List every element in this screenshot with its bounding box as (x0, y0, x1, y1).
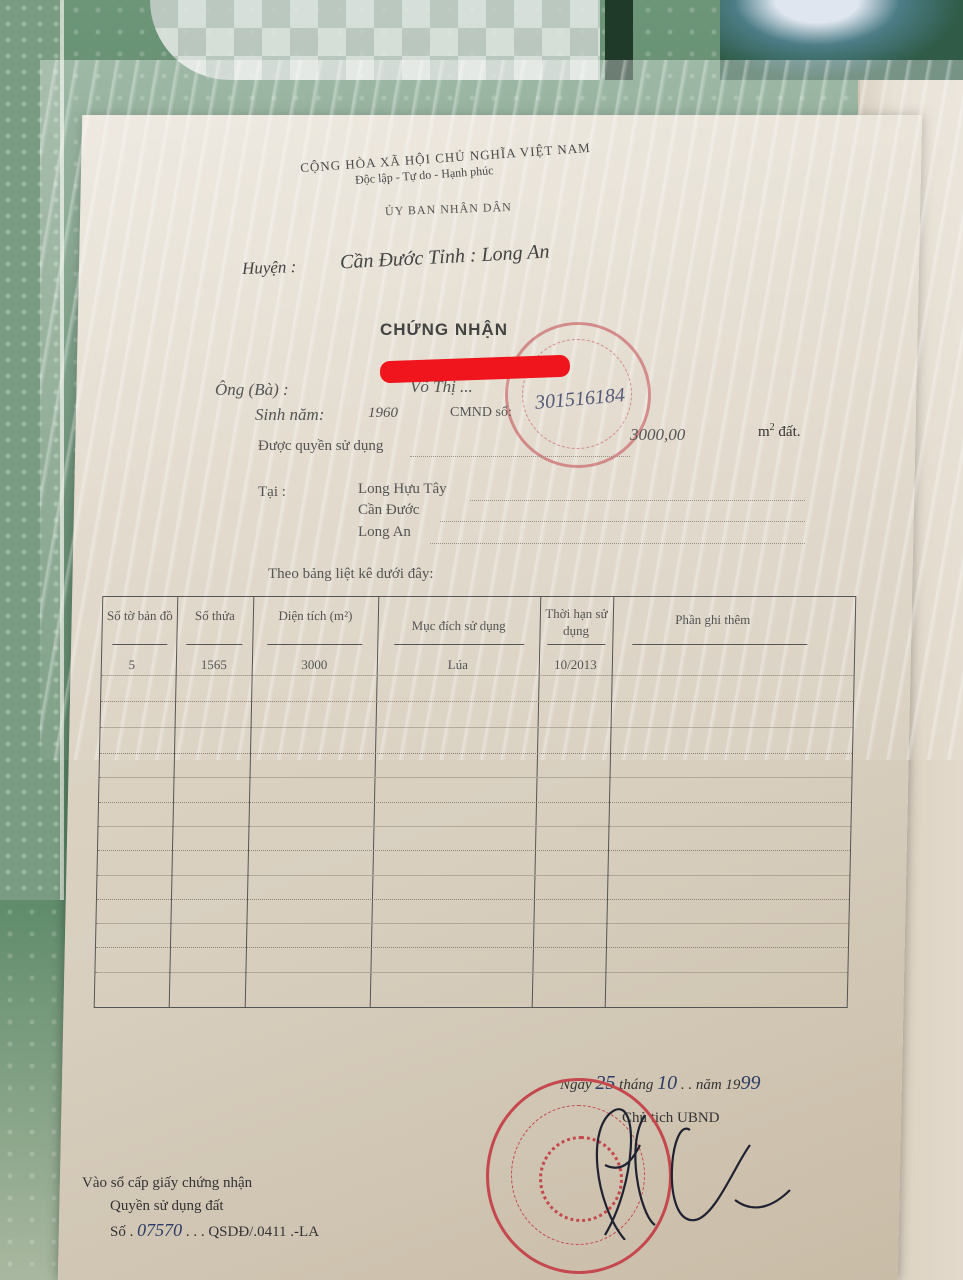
birth-year-label: Sinh năm: (255, 405, 324, 425)
cell-area: 3000 (252, 657, 377, 673)
land-parcel-table: Số tờ bản đồ Số thửa Diện tích (m²) Mục … (94, 596, 857, 1008)
table-intro: Theo bảng liệt kê dưới đây: (268, 566, 434, 583)
header-area: Diện tích (m²) (253, 607, 378, 624)
dotted-line (440, 521, 805, 522)
year-value: 99 (740, 1072, 760, 1094)
year-label: năm 19 (696, 1077, 741, 1093)
location-province: Long An (358, 524, 411, 541)
table-row-line (100, 777, 852, 778)
header-term: Thời hạn sử dụng (539, 605, 613, 639)
header-underline (267, 644, 362, 645)
table-row-line (96, 923, 848, 924)
table-row-line (101, 701, 853, 702)
dotted-line (430, 543, 805, 544)
total-area: 3000,00 (630, 425, 685, 445)
number-label: Số (110, 1224, 126, 1240)
signature-icon (585, 1105, 795, 1240)
unit-m: m (758, 424, 770, 440)
registration-line-1: Vào sổ cấp giấy chứng nhận (82, 1175, 252, 1192)
unit-suffix: đất. (775, 424, 801, 440)
certificate-title: CHỨNG NHẬN (380, 320, 508, 340)
usage-right-label: Được quyền sử dụng (258, 438, 383, 455)
table-row-line (96, 947, 848, 948)
registration-suffix: QSDĐ/.0411 .-LA (208, 1224, 319, 1240)
header-underline (112, 644, 167, 645)
table-row-line (102, 675, 854, 676)
header-notes: Phần ghi thêm (613, 611, 813, 628)
header-underline (547, 644, 605, 645)
district-value: Cần Đước Tỉnh : Long An (340, 241, 550, 275)
cell-parcel-number: 1565 (176, 657, 252, 673)
dotted-line (410, 456, 630, 457)
district-label: Huyện : (242, 257, 297, 279)
header-parcel-number: Số thửa (177, 607, 253, 624)
table-row-line (95, 972, 847, 973)
birth-year: 1960 (368, 405, 398, 422)
area-unit: m2 đất. (758, 422, 801, 441)
header-underline (394, 644, 524, 645)
table-row-line (98, 850, 850, 851)
header-underline (632, 644, 807, 645)
table-row-line (98, 826, 850, 827)
header-purpose: Mục đích sử dụng (378, 617, 540, 634)
table-row-line (101, 727, 853, 728)
month-value: 10 (657, 1072, 677, 1094)
location-district: Cần Đước (358, 502, 419, 519)
registration-line-2: Quyền sử dụng đất (110, 1198, 224, 1215)
table-row-line (97, 875, 849, 876)
table-row-line (99, 802, 851, 803)
certificate-page: CỘNG HÒA XÃ HỘI CHỦ NGHĨA VIỆT NAM Độc l… (0, 0, 963, 1280)
cell-purpose: Lúa (377, 657, 539, 673)
header-underline (186, 644, 242, 645)
dotted-line (470, 500, 805, 501)
id-label: CMND số: (450, 405, 512, 421)
location-label: Tại : (258, 484, 286, 501)
cell-map-sheet: 5 (102, 657, 162, 673)
location-commune: Long Hựu Tây (358, 481, 447, 498)
owner-label: Ông (Bà) : (215, 380, 289, 400)
cell-term: 10/2013 (539, 657, 612, 673)
council-name: ỦY BAN NHÂN DÂN (385, 200, 512, 219)
registration-number: 07570 (137, 1220, 182, 1240)
table-row-line (97, 899, 849, 900)
header-map-sheet: Số tờ bản đồ (103, 607, 177, 624)
table-row-line (100, 753, 852, 754)
registration-number-line: Số . 07570 . . . QSDĐ/.0411 .-LA (110, 1220, 319, 1241)
